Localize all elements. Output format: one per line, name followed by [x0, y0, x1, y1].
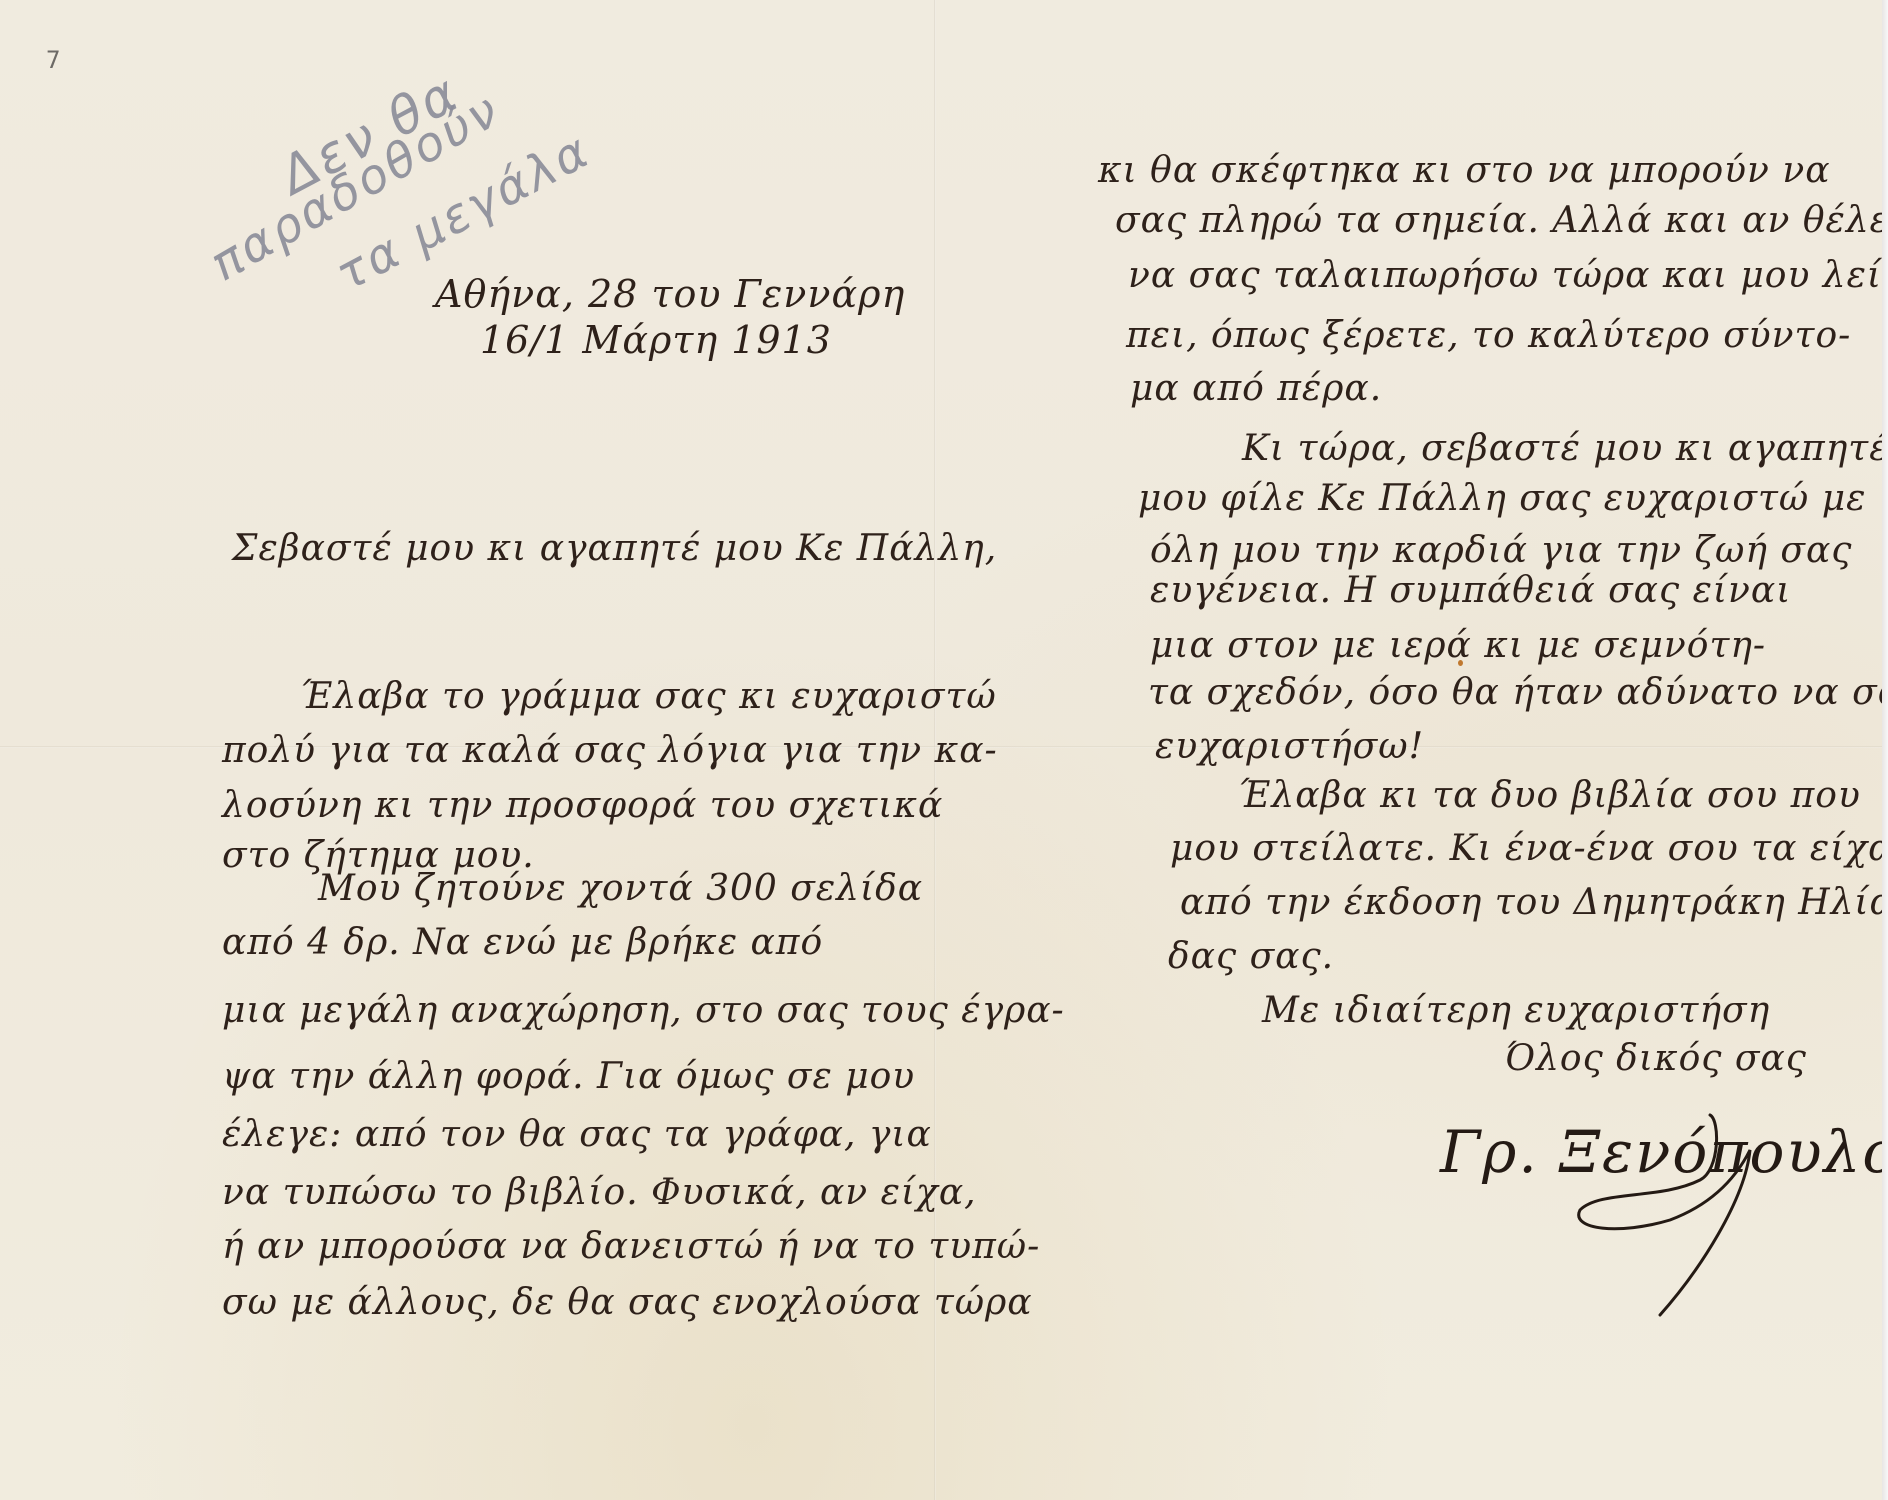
right-line: ευγένεια. Η συμπάθειά σας είναι	[1150, 570, 1791, 611]
signature-flourish	[1560, 1110, 1780, 1330]
left-line: λοσύνη κι την προσφορά του σχετικά	[222, 785, 943, 826]
left-line: σω με άλλους, δε θα σας ενοχλούσα τώρα	[222, 1282, 1033, 1323]
left-line: Έλαβα το γράμμα σας κι ευχαριστώ	[300, 676, 997, 717]
right-line: από την έκδοση του Δημητράκη Ηλία-	[1180, 882, 1888, 923]
left-line: από 4 δρ. Να ενώ με βρήκε από	[222, 922, 823, 963]
right-line: όλη μου την καρδιά για την ζωή σας	[1150, 530, 1852, 571]
right-line: κι θα σκέφτηκα κι στο να μπορούν να	[1098, 150, 1831, 191]
right-line: δας σας.	[1168, 936, 1334, 977]
left-line: πολύ για τα καλά σας λόγια για την κα-	[222, 730, 998, 771]
right-line: πει, όπως ξέρετε, το καλύτερο σύντο-	[1126, 315, 1851, 356]
right-line: να σας ταλαιπωρήσω τώρα και μου λεί-	[1128, 255, 1888, 296]
left-line: μια μεγάλη αναχώρηση, στο σας τους έγρα-	[222, 990, 1065, 1031]
right-line: μου στείλατε. Κι ένα-ένα σου τα είχα	[1170, 828, 1888, 869]
right-line: ευχαριστήσω!	[1155, 726, 1424, 767]
right-line: μια στον με ιερά κι με σεμνότη-	[1150, 625, 1766, 666]
folio-number: 7	[46, 46, 60, 74]
letter-sheet: 7 Δεν θα παραδοθούν τα μεγάλα Αθήνα, 28 …	[0, 0, 1882, 1500]
dateline-place: Αθήνα, 28 του Γεννάρη	[435, 272, 905, 316]
valediction: Όλος δικός σας	[1505, 1038, 1807, 1079]
right-line: μου φίλε Κε Πάλλη σας ευχαριστώ με	[1138, 478, 1866, 519]
scan-edge	[1882, 0, 1888, 1500]
left-line: ή αν μπορούσα να δανειστώ ή να το τυπώ-	[222, 1226, 1040, 1267]
left-line: να τυπώσω το βιβλίο. Φυσικά, αν είχα,	[222, 1172, 977, 1213]
dateline-date: 16/1 Μάρτη 1913	[480, 318, 832, 362]
right-line: Κι τώρα, σεβαστέ μου κι αγαπητέ	[1242, 428, 1888, 469]
left-line: Μου ζητούνε χοντά 300 σελίδα	[318, 868, 923, 909]
right-line: τα σχεδόν, όσο θα ήταν αδύνατο να σας	[1148, 672, 1888, 713]
left-line: έλεγε: από τον θα σας τα γράφα, για	[222, 1114, 932, 1155]
left-line: ψα την άλλη φορά. Για όμως σε μου	[222, 1056, 915, 1097]
right-line: σας πληρώ τα σημεία. Αλλά και αν θέλετε	[1115, 200, 1888, 241]
salutation: Σεβαστέ μου κι αγαπητέ μου Κε Πάλλη,	[232, 528, 997, 569]
right-line: Έλαβα κι τα δυο βιβλία σου που	[1238, 775, 1861, 816]
right-line: μα από πέρα.	[1130, 368, 1382, 409]
closing-line: Με ιδιαίτερη ευχαριστήση	[1262, 990, 1770, 1031]
